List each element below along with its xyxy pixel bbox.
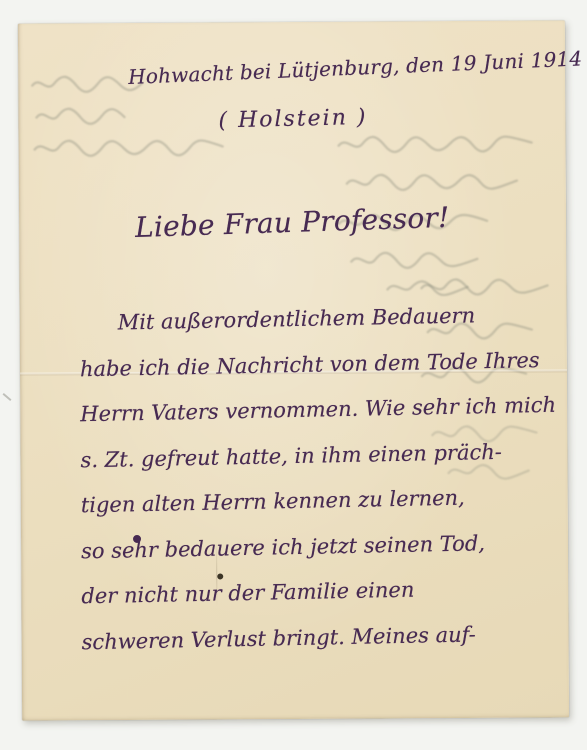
- letter-body: Mit außerordentlichem Bedauern habe ich …: [80, 298, 568, 665]
- letter-scan: Hohwacht bei Lütjenburg, den 19 Juni 191…: [0, 0, 587, 750]
- body-line: schweren Verlust bringt. Meines auf-: [81, 610, 568, 665]
- ink-bleedthrough: [33, 134, 228, 161]
- region-line: ( Holstein ): [218, 105, 368, 134]
- salutation: Liebe Frau Professor!: [135, 201, 450, 244]
- letter-page: Hohwacht bei Lütjenburg, den 19 Juni 191…: [18, 20, 569, 720]
- dateline: Hohwacht bei Lütjenburg, den 19 Juni 191…: [128, 46, 583, 89]
- scanner-edge-mark: [3, 393, 12, 401]
